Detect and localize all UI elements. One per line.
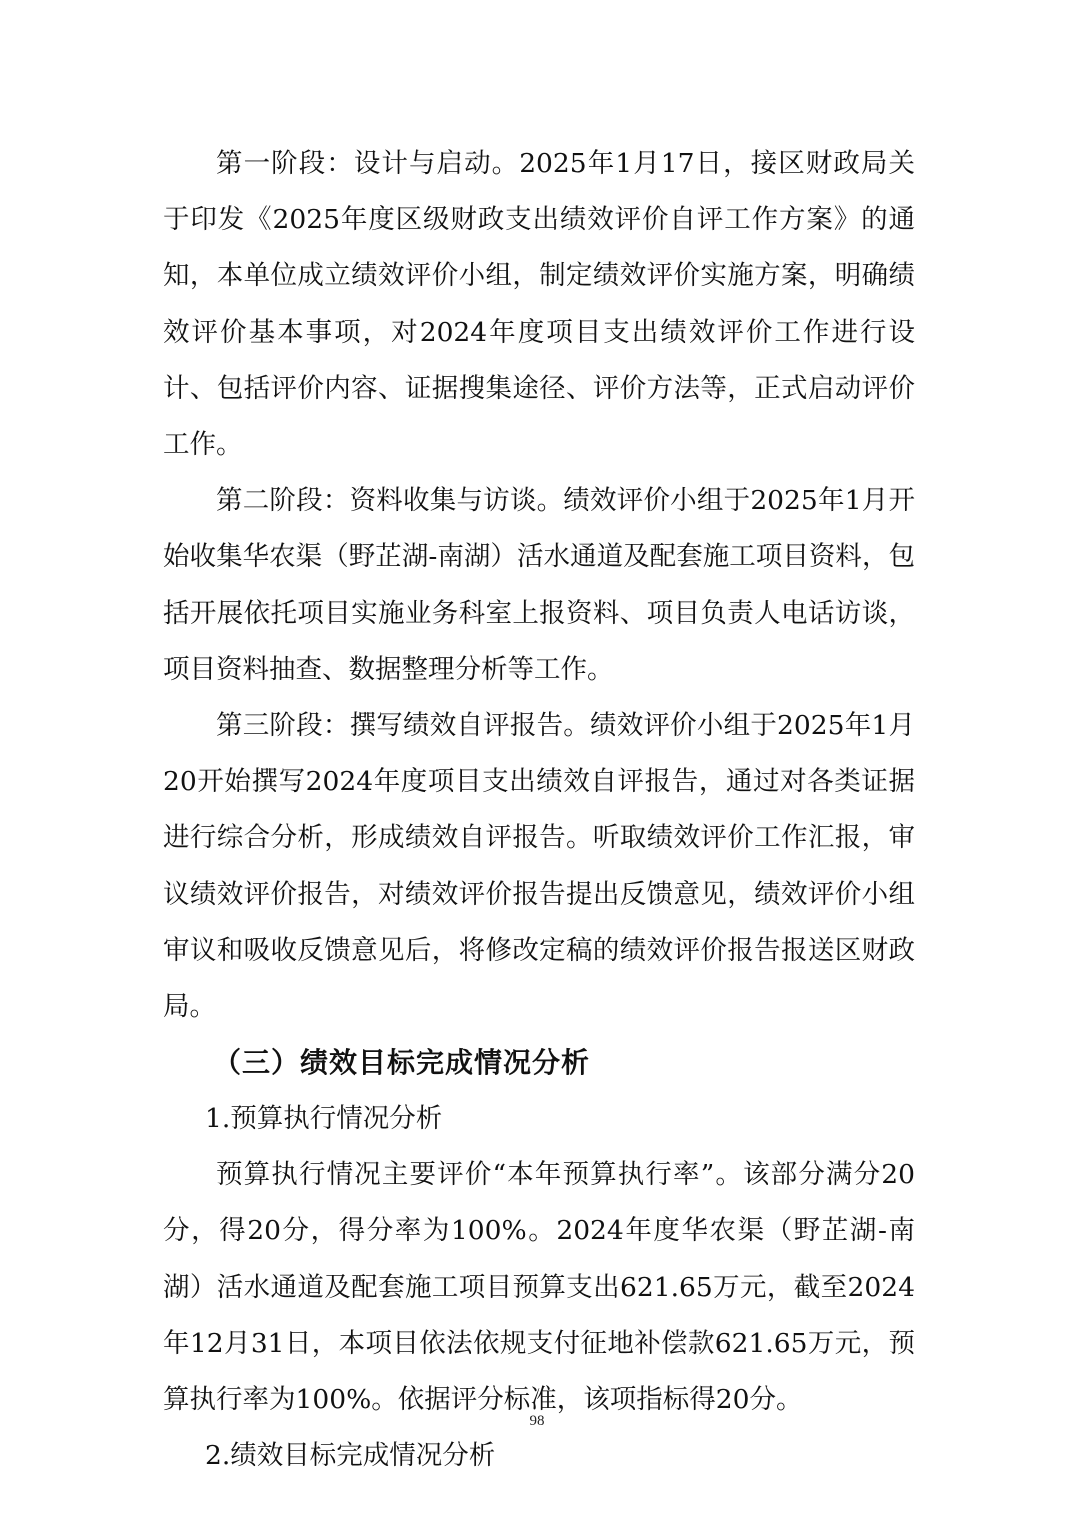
paragraph-stage-three: 第三阶段：撰写绩效自评报告。绩效评价小组于2025年1月20开始撰写2024年度…: [163, 698, 915, 1035]
paragraph-stage-two: 第二阶段：资料收集与访谈。绩效评价小组于2025年1月开始收集华农渠（野芷湖-南…: [163, 473, 915, 698]
page-number: 98: [0, 1413, 1074, 1430]
subheading-budget-execution: 1.预算执行情况分析: [163, 1091, 915, 1147]
subheading-performance-goals: 2.绩效目标完成情况分析: [163, 1428, 915, 1484]
paragraph-budget-analysis: 预算执行情况主要评价“本年预算执行率”。该部分满分20分，得20分，得分率为10…: [163, 1147, 915, 1428]
section-heading: （三）绩效目标完成情况分析: [163, 1035, 915, 1091]
document-page: 第一阶段：设计与启动。2025年1月17日，接区财政局关于印发《2025年度区级…: [163, 136, 915, 1484]
paragraph-stage-one: 第一阶段：设计与启动。2025年1月17日，接区财政局关于印发《2025年度区级…: [163, 136, 915, 473]
